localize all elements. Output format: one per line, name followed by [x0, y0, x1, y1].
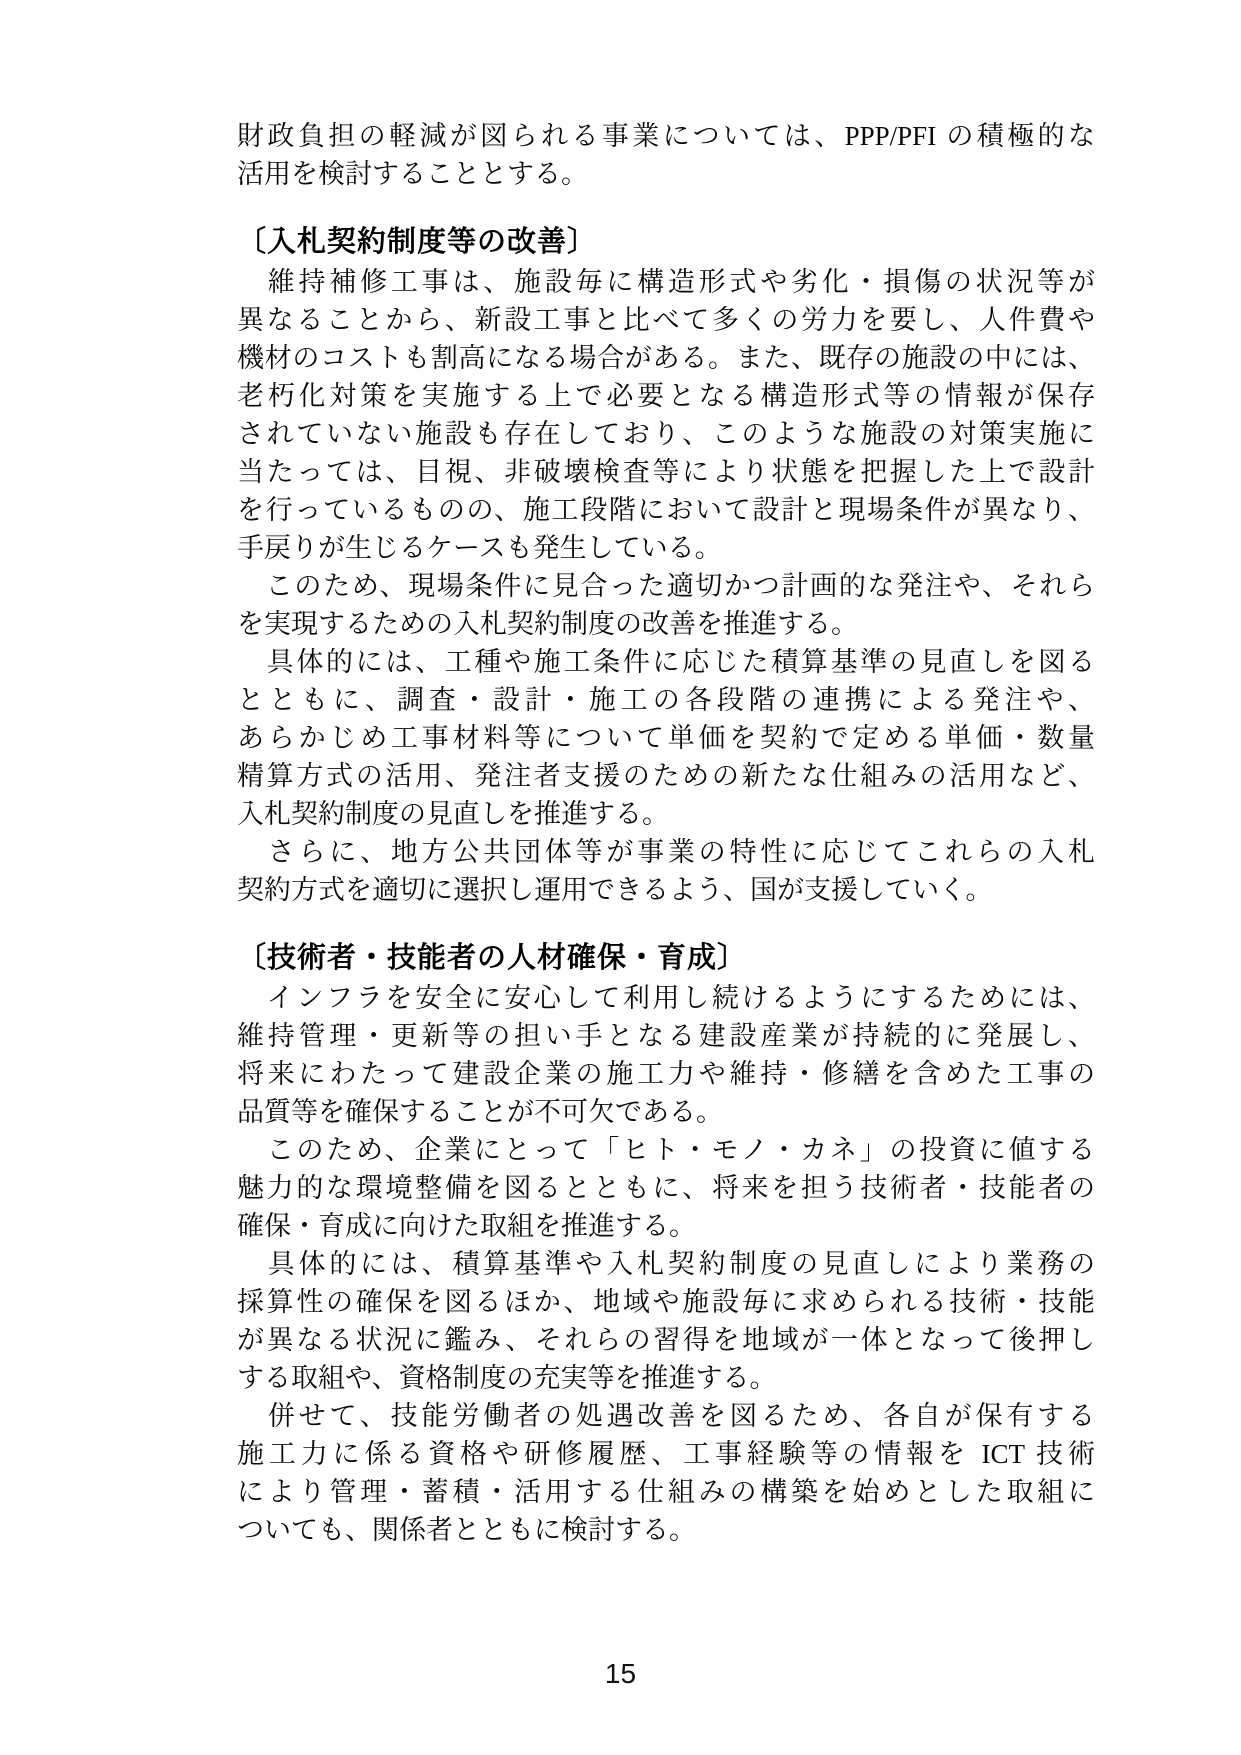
- text-line: 魅力的な環境整備を図るとともに、将来を担う技術者・技能者の: [237, 1169, 1095, 1207]
- text-line: 維持管理・更新等の担い手となる建設産業が持続的に発展し、: [237, 1017, 1095, 1055]
- text-line: ついても、関係者とともに検討する。: [237, 1511, 1095, 1549]
- text-line: 維持補修工事は、施設毎に構造形式や劣化・損傷の状況等が: [237, 263, 1095, 301]
- text-line: インフラを安全に安心して利用し続けるようにするためには、: [237, 979, 1095, 1017]
- text-line: 異なることから、新設工事と比べて多くの労力を要し、人件費や: [237, 301, 1095, 339]
- text-line: が異なる状況に鑑み、それらの習得を地域が一体となって後押し: [237, 1321, 1095, 1359]
- text-line: 併せて、技能労働者の処遇改善を図るため、各自が保有する: [237, 1397, 1095, 1435]
- text-line: 確保・育成に向けた取組を推進する。: [237, 1207, 1095, 1245]
- text-line: により管理・蓄積・活用する仕組みの構築を始めとした取組に: [237, 1473, 1095, 1511]
- text-line: 手戻りが生じるケースも発生している。: [237, 529, 1095, 567]
- text-block: 財政負担の軽減が図られる事業については、PPP/PFI の積極的な 活用を検討す…: [237, 117, 1095, 1549]
- text-line: を実現するための入札契約制度の改善を推進する。: [237, 605, 1095, 643]
- text-line: とともに、調査・設計・施工の各段階の連携による発注や、: [237, 681, 1095, 719]
- text-line: 入札契約制度の見直しを推進する。: [237, 795, 1095, 833]
- document-page: 財政負担の軽減が図られる事業については、PPP/PFI の積極的な 活用を検討す…: [0, 0, 1241, 1755]
- section-heading: 〔入札契約制度等の改善〕: [237, 223, 1095, 261]
- text-line: 契約方式を適切に選択し運用できるよう、国が支援していく。: [237, 871, 1095, 909]
- text-line: 財政負担の軽減が図られる事業については、PPP/PFI の積極的な: [237, 117, 1095, 155]
- text-line: 老朽化対策を実施する上で必要となる構造形式等の情報が保存: [237, 377, 1095, 415]
- text-line: 精算方式の活用、発注者支援のための新たな仕組みの活用など、: [237, 757, 1095, 795]
- text-line: を行っているものの、施工段階において設計と現場条件が異なり、: [237, 491, 1095, 529]
- text-line: あらかじめ工事材料等について単価を契約で定める単価・数量: [237, 719, 1095, 757]
- text-line: 具体的には、工種や施工条件に応じた積算基準の見直しを図る: [237, 643, 1095, 681]
- text-line: 品質等を確保することが不可欠である。: [237, 1093, 1095, 1131]
- text-line: 将来にわたって建設企業の施工力や維持・修繕を含めた工事の: [237, 1055, 1095, 1093]
- text-line: されていない施設も存在しており、このような施設の対策実施に: [237, 415, 1095, 453]
- text-line: 採算性の確保を図るほか、地域や施設毎に求められる技術・技能: [237, 1283, 1095, 1321]
- section-heading: 〔技術者・技能者の人材確保・育成〕: [237, 939, 1095, 977]
- text-line: する取組や、資格制度の充実等を推進する。: [237, 1359, 1095, 1397]
- text-line: このため、現場条件に見合った適切かつ計画的な発注や、それら: [237, 567, 1095, 605]
- text-line: 当たっては、目視、非破壊検査等により状態を把握した上で設計: [237, 453, 1095, 491]
- text-line: 具体的には、積算基準や入札契約制度の見直しにより業務の: [237, 1245, 1095, 1283]
- text-line: このため、企業にとって「ヒト・モノ・カネ」の投資に値する: [237, 1131, 1095, 1169]
- text-line: さらに、地方公共団体等が事業の特性に応じてこれらの入札: [237, 833, 1095, 871]
- text-line: 機材のコストも割高になる場合がある。また、既存の施設の中には、: [237, 339, 1095, 377]
- text-line: 活用を検討することとする。: [237, 155, 1095, 193]
- page-number: 15: [0, 1658, 1241, 1690]
- text-line: 施工力に係る資格や研修履歴、工事経験等の情報を ICT 技術: [237, 1435, 1095, 1473]
